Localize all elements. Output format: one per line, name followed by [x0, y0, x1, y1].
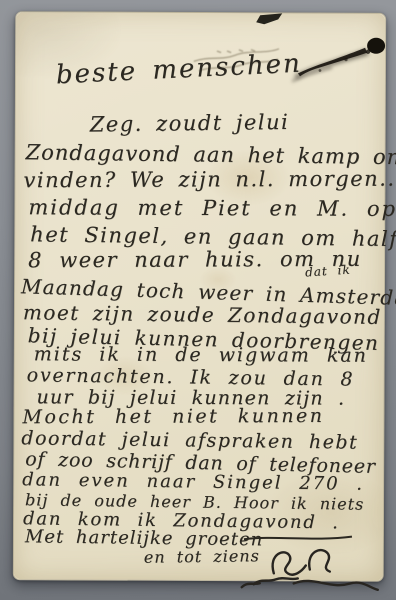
photo-background: beste menschen Zeg. zoudt jelui Zondagav…	[0, 0, 396, 600]
handwritten-line: mits ik in de wigwam kan	[34, 343, 368, 366]
salutation: beste menschen	[55, 49, 302, 91]
inserted-word: dat ik	[305, 262, 351, 279]
handwritten-line: Mocht het niet kunnen	[22, 405, 324, 428]
signature-flourish	[214, 543, 380, 596]
handwritten-line: vinden? We zijn n.l. morgen..	[23, 167, 395, 193]
corner-ink-chip	[256, 13, 282, 25]
pen-flourish	[244, 533, 354, 543]
handwritten-line: Zeg. zoudt jelui	[90, 110, 290, 137]
letter-card: beste menschen Zeg. zoudt jelui Zondagav…	[13, 11, 386, 582]
handwritten-line: Zondagavond aan het kamp ons	[25, 140, 396, 169]
handwritten-line: middag met Piet en M. op	[28, 195, 396, 221]
